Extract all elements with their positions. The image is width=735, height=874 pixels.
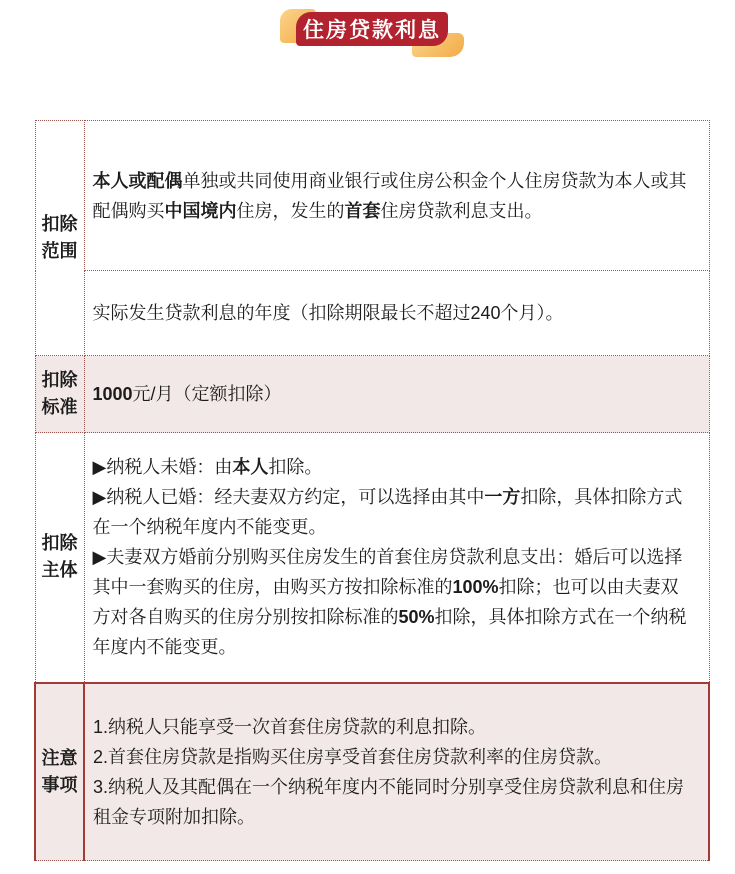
cell-scope-period: 实际发生贷款利息的年度（扣除期限最长不超过240个月）。 (84, 271, 709, 356)
banner-ribbon: 住房贷款利息 (296, 12, 448, 46)
table-row-scope: 扣除范围 本人或配偶单独或共同使用商业银行或住房公积金个人住房贷款为本人或其配偶… (35, 121, 709, 271)
cell-subject-rules: ▶纳税人未婚：由本人扣除。▶纳税人已婚：经夫妻双方约定，可以选择由其中一方扣除，… (84, 433, 709, 683)
cell-notes-list: 1.纳税人只能享受一次首套住房贷款的利息扣除。2.首套住房贷款是指购买住房享受首… (84, 683, 709, 861)
title-banner: 住房贷款利息 (0, 0, 735, 70)
table-row-standard: 扣除标准 1000元/月（定额扣除） (35, 356, 709, 433)
table-row-subject: 扣除主体 ▶纳税人未婚：由本人扣除。▶纳税人已婚：经夫妻双方约定，可以选择由其中… (35, 433, 709, 683)
row-label-notes: 注意事项 (35, 683, 84, 861)
row-label-subject: 扣除主体 (35, 433, 84, 683)
cell-scope-definition: 本人或配偶单独或共同使用商业银行或住房公积金个人住房贷款为本人或其配偶购买中国境… (84, 121, 709, 271)
table-row-scope-period: 实际发生贷款利息的年度（扣除期限最长不超过240个月）。 (35, 271, 709, 356)
row-label-scope: 扣除范围 (35, 121, 84, 356)
cell-standard-amount: 1000元/月（定额扣除） (84, 356, 709, 433)
page-title: 住房贷款利息 (303, 14, 441, 44)
table-row-notes: 注意事项 1.纳税人只能享受一次首套住房贷款的利息扣除。2.首套住房贷款是指购买… (35, 683, 709, 861)
row-label-standard: 扣除标准 (35, 356, 84, 433)
deduction-info-table: 扣除范围 本人或配偶单独或共同使用商业银行或住房公积金个人住房贷款为本人或其配偶… (34, 120, 710, 861)
